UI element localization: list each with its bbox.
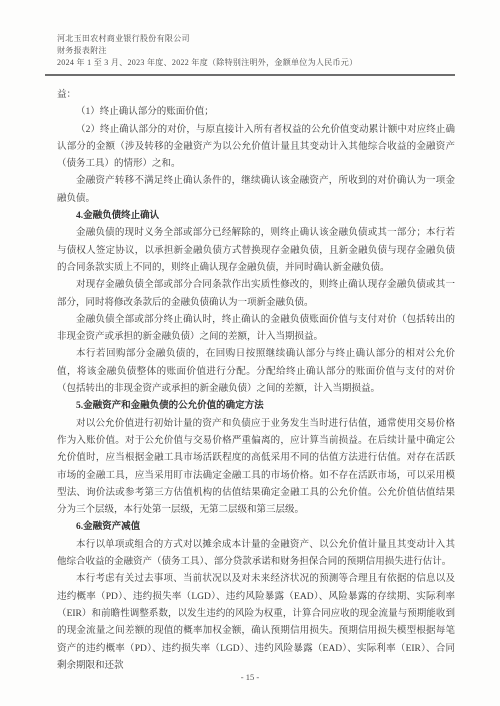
page-header: 河北玉田农村商业银行股份有限公司 财务报表附注 2024 年 1 至 3 月、2… xyxy=(57,33,455,69)
period-line: 2024 年 1 至 3 月、2023 年度、2022 年度（除特别注明外，金额… xyxy=(57,57,455,69)
body-paragraph: 金融资产转移不满足终止确认条件的，继续确认该金融资产，所收到的对价确认为一项金融… xyxy=(57,173,455,208)
section-heading: 6.金融资产减值 xyxy=(57,519,455,536)
doc-title: 财务报表附注 xyxy=(57,45,455,57)
body-paragraph: 本行考虑有关过去事项、当前状况以及对未来经济状况的预测等合理且有依据的信息以及违… xyxy=(57,571,455,675)
body-paragraph: （1）终止确认部分的账面价值； xyxy=(57,104,455,121)
body-paragraph: 本行若回购部分金融负债的，在回购日按照继续确认部分与终止确认部分的相对公允价值，… xyxy=(57,346,455,398)
section-heading: 4.金融负债终止确认 xyxy=(57,208,455,225)
body-paragraph: 对现存金融负债全部或部分合同条款作出实质性修改的，则终止确认现存金融负债或其一部… xyxy=(57,277,455,312)
section-heading: 5.金融资产和金融负债的公允价值的确定方法 xyxy=(57,398,455,415)
body-paragraph: 益： xyxy=(57,87,455,104)
document-body: 益：（1）终止确认部分的账面价值；（2）终止确认部分的对价，与原直接计入所有者权… xyxy=(57,87,455,675)
body-paragraph: 金融负债全部或部分终止确认时，终止确认的金融负债账面价值与支付对价（包括转出的非… xyxy=(57,312,455,347)
company-name: 河北玉田农村商业银行股份有限公司 xyxy=(57,33,455,45)
body-paragraph: 对以公允价值进行初始计量的资产和负债应于业务发生当时进行估值，通常使用交易价格作… xyxy=(57,416,455,520)
body-paragraph: 本行以单项或组合的方式对以摊余成本计量的金融资产、以公允价值计量且其变动计入其他… xyxy=(57,537,455,572)
page-number: - 15 - xyxy=(241,672,259,682)
header-rule xyxy=(45,74,455,76)
page-footer: - 15 - xyxy=(0,672,500,682)
document-page: 河北玉田农村商业银行股份有限公司 财务报表附注 2024 年 1 至 3 月、2… xyxy=(0,0,500,706)
body-paragraph: （2）终止确认部分的对价，与原直接计入所有者权益的公允价值变动累计额中对应终止确… xyxy=(57,122,455,174)
body-paragraph: 金融负债的现时义务全部或部分已经解除的，则终止确认该金融负债或其一部分；本行若与… xyxy=(57,225,455,277)
